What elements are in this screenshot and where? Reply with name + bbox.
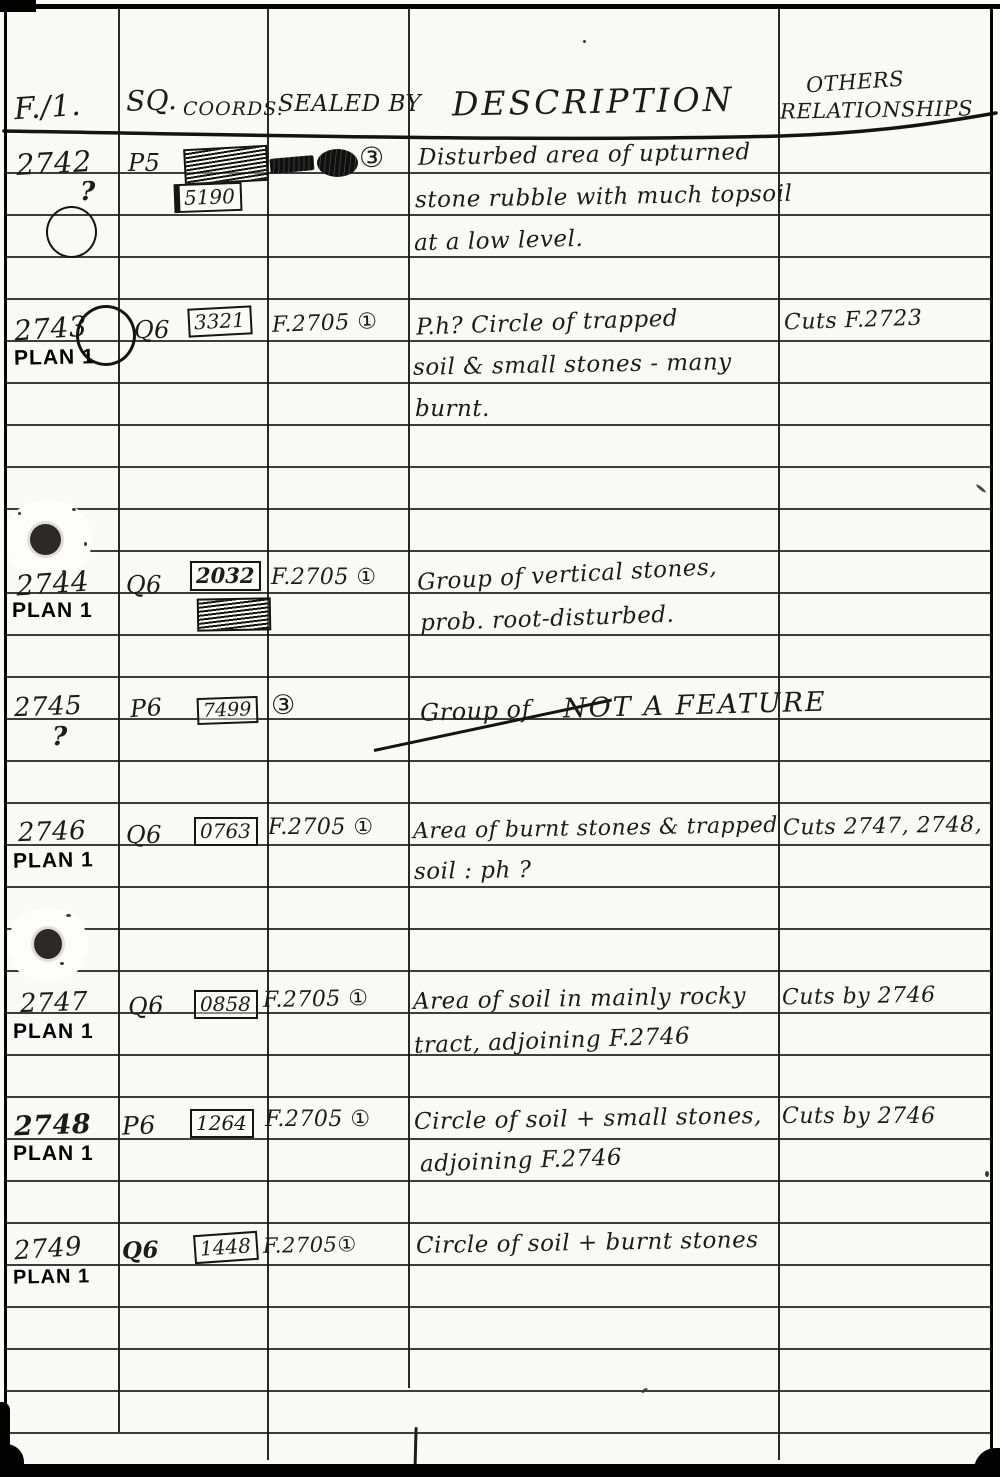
scan-speck [975,483,986,493]
scan-border [4,6,7,1406]
coords-box: 1264 [190,1109,254,1138]
sealed-by-mark: ③ [359,141,384,174]
square-ref: Q6 [134,316,170,344]
scan-speck [985,1171,989,1177]
description-line: Disturbed area of upturned [418,139,751,171]
description-line: Circle of soil + burnt stones [416,1227,759,1259]
square-ref: Q6 [126,571,162,599]
description-line: burnt. [415,396,490,422]
scan-speck [583,40,586,43]
ruled-line [6,1306,992,1308]
sealed-by: F.2705 ① [271,565,376,590]
square-ref: P6 [122,1110,157,1140]
others-note: Cuts by 2746 [782,1104,936,1129]
description-line: soil & small stones - many [413,349,732,381]
sealed-by: F.2705 ① [268,815,373,840]
others-note: Cuts by 2746 [782,983,936,1011]
description-line: stone rubble with much topsoil [415,181,793,214]
coords-box: 2032 [190,561,261,591]
ruled-line [6,802,992,804]
ruled-line [6,676,992,678]
punch-hole [30,524,61,555]
description-line: Area of soil in mainly rocky [413,983,746,1015]
ruled-line [6,760,992,762]
ruled-line [6,550,992,552]
sealed-by-scribble [317,149,358,177]
square-ref: Q6 [122,1236,160,1264]
others-note: Cuts F.2723 [784,306,923,336]
coords-box: 3321 [187,305,252,337]
plan-label: PLAN 1 [13,848,94,873]
coords-box: 1448 [193,1231,259,1264]
sealed-by-mark: ③ [271,690,295,721]
plan-label: PLAN 1 [13,1020,94,1044]
ruled-line [6,886,992,888]
header-others-1: OTHERS [805,67,905,98]
square-ref: P5 [128,149,160,177]
coords-box: 5190 [174,182,243,213]
feature-number: 2748 [13,1109,91,1143]
plan-label: PLAN 1 [12,599,93,623]
plan-label: PLAN 1 [14,345,95,370]
drawn-circle [46,206,97,258]
square-ref: P6 [129,693,163,723]
scan-speck [18,512,21,515]
scan-border [0,1464,1000,1477]
feature-number: 2745 [13,691,82,723]
scan-border [0,1444,24,1477]
others-note: Cuts 2747, 2748, [783,812,982,840]
scan-speck [62,570,66,573]
sealed-by: F.2705 ① [272,309,378,338]
coords-box: 7499 [197,696,259,725]
feature-number: 2746 [17,816,86,848]
sealed-by: F.2705① [263,1232,357,1258]
ruled-line [6,466,992,468]
square-ref: Q6 [127,991,164,1021]
description-line: Circle of soil + small stones, [414,1103,762,1135]
scan-speck [60,962,64,965]
scan-border [990,6,993,1458]
feature-number: 2749 [13,1232,83,1267]
ruled-line [6,424,992,426]
punch-hole [34,929,62,959]
ruled-line [6,256,992,258]
ruled-line [6,298,992,300]
sealed-by: F.2705 ① [265,1107,370,1132]
feature-number: 2744 [15,564,90,602]
scan-border [974,1448,1000,1477]
coords-box: 0858 [194,990,258,1019]
description-line: adjoining F.2746 [420,1144,623,1177]
plan-label: PLAN 1 [13,1265,91,1289]
feature-query-mark: ? [52,722,68,752]
description-line: Group of vertical stones, [417,554,718,596]
plan-label: PLAN 1 [13,1142,94,1166]
ruled-line [6,1432,992,1434]
feature-number: 2747 [19,987,88,1019]
ruled-line [6,1348,992,1350]
ruled-line [6,634,992,636]
ruled-line [6,214,992,216]
ruled-line [6,382,992,384]
feature-query-mark: ? [80,177,96,207]
column-line-4 [778,8,780,1460]
coords-scribble [197,597,272,631]
ruled-line [6,970,992,972]
square-ref: Q6 [126,821,162,849]
column-line-3 [408,8,410,1388]
ruled-line [6,1096,992,1098]
sealed-by: F.2705 ① [263,986,368,1013]
scan-speck [72,508,76,511]
scan-speck [66,914,71,917]
ruled-line [6,928,992,930]
coords-box: 0763 [194,817,258,846]
coords-scribble [183,145,269,185]
ruled-line [6,508,992,510]
scanned-register-sheet: F./1. SQ. COORDS. SEALED BY DESCRIPTION … [0,0,1000,1477]
description-line: at a low level. [414,226,584,256]
scan-speck [84,542,87,546]
description-line: soil : ph ? [414,857,532,885]
ruled-line [6,1390,992,1392]
column-line-1 [118,8,120,1432]
description-line: Area of burnt stones & trapped [413,813,778,844]
ruled-line [6,1264,992,1266]
description-line: P.h? Circle of trapped [416,305,679,340]
scan-border [26,4,1000,9]
ruled-line [6,1222,992,1224]
description-line: prob. root-disturbed. [420,602,675,637]
ruled-line [6,1180,992,1182]
